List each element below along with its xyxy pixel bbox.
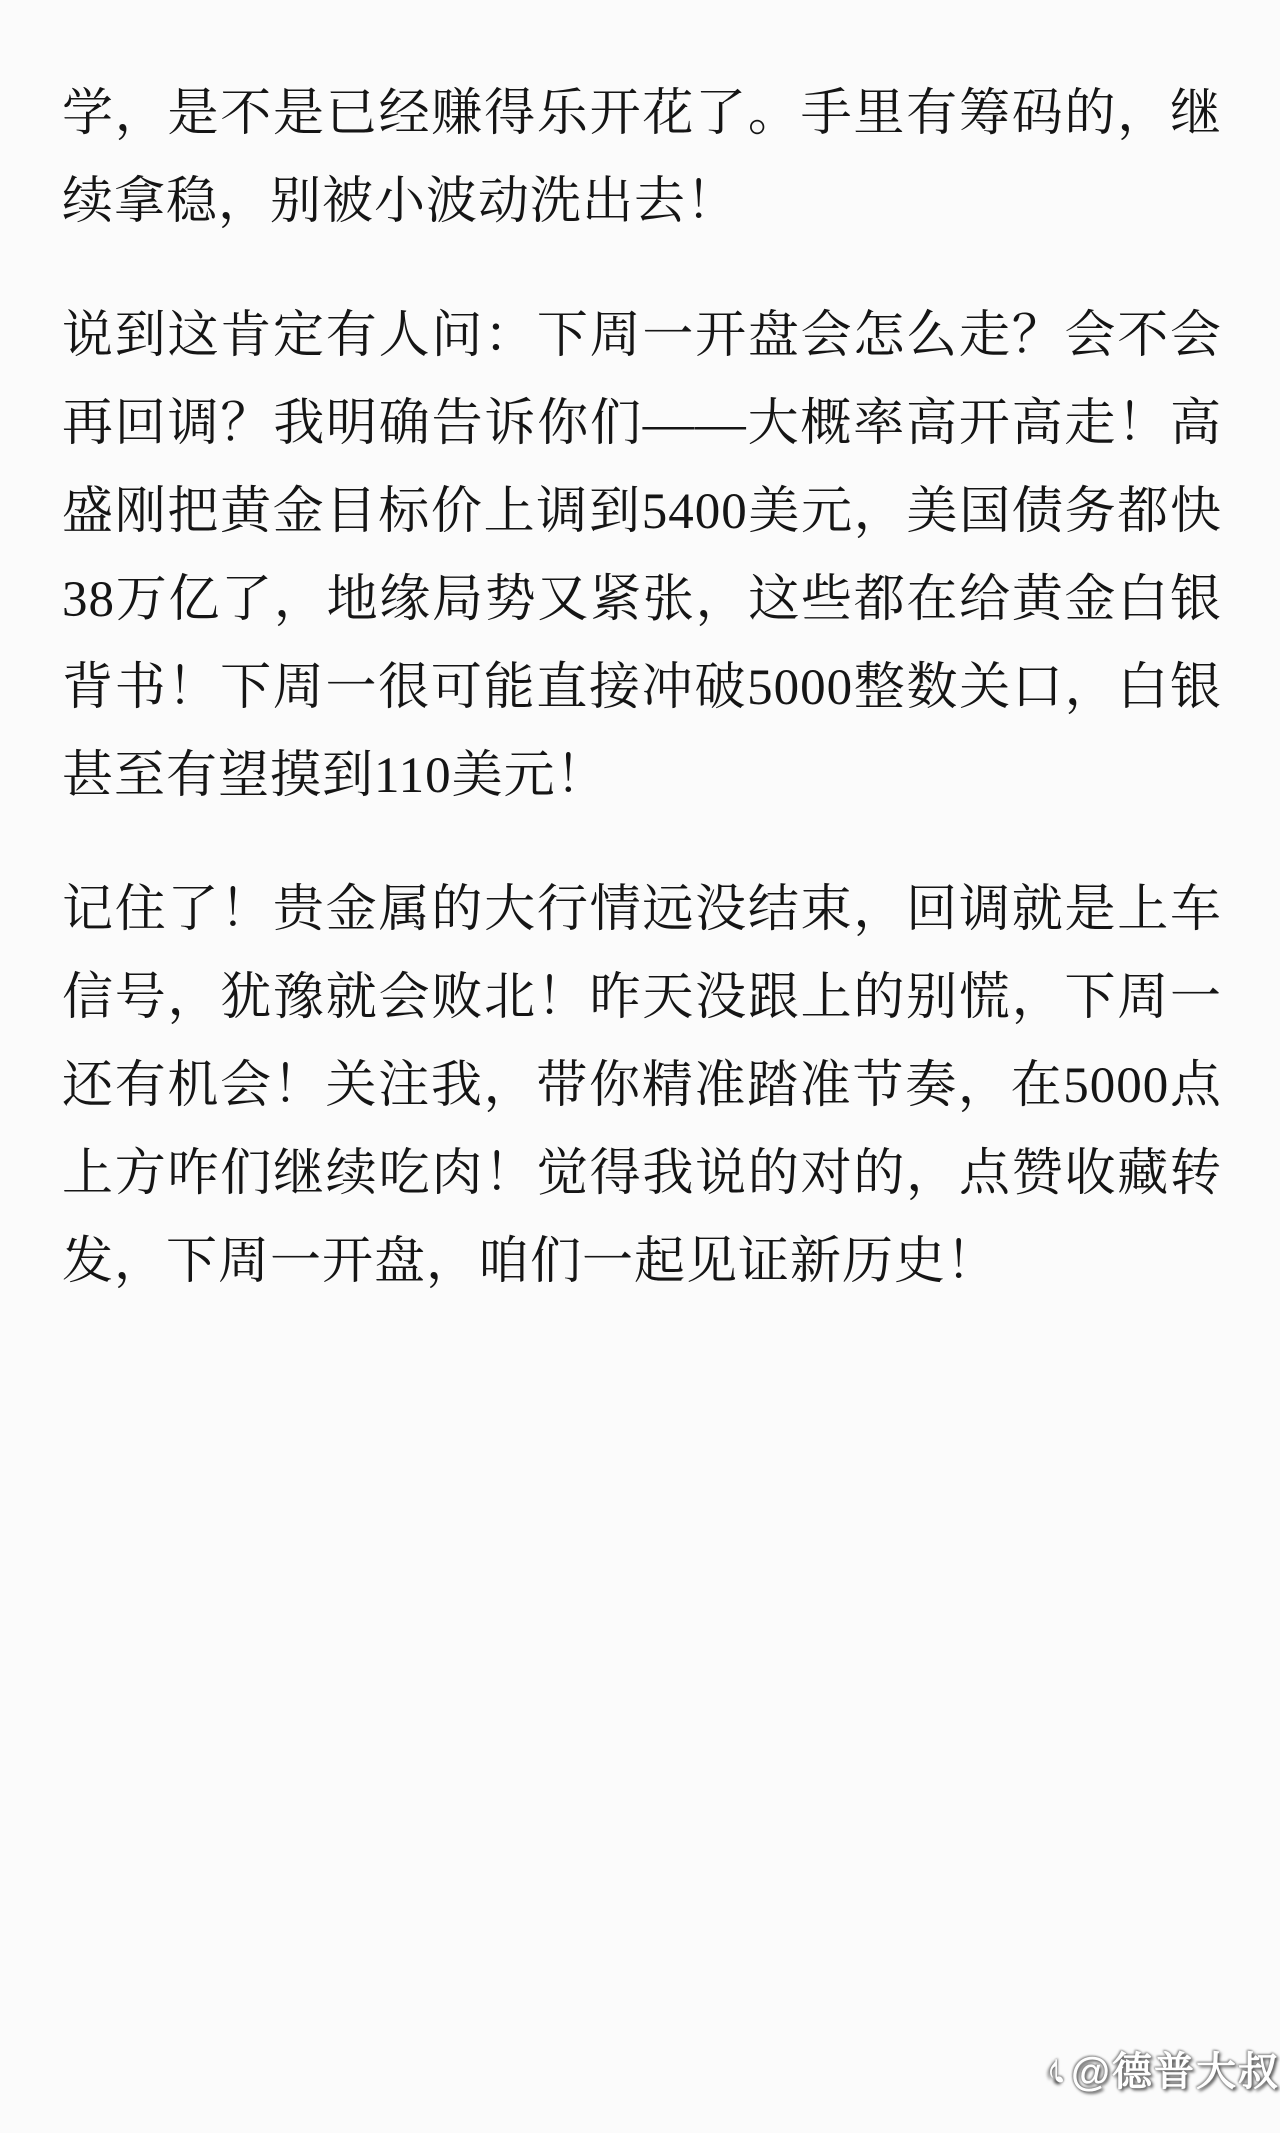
author-handle: @德普大叔 xyxy=(1071,2040,1280,2097)
author-watermark: ♪ @德普大叔 xyxy=(1046,2040,1280,2097)
article-paragraph: 学，是不是已经赚得乐开花了。手里有筹码的，继续拿稳，别被小波动洗出去！ xyxy=(62,70,1222,246)
douyin-note-icon: ♪ xyxy=(1046,2048,1067,2090)
article-page: 学，是不是已经赚得乐开花了。手里有筹码的，继续拿稳，别被小波动洗出去！ 说到这肯… xyxy=(0,0,1280,2133)
article-paragraph: 记住了！贵金属的大行情远没结束，回调就是上车信号，犹豫就会败北！昨天没跟上的别慌… xyxy=(62,866,1222,1306)
article-body: 学，是不是已经赚得乐开花了。手里有筹码的，继续拿稳，别被小波动洗出去！ 说到这肯… xyxy=(62,70,1222,1352)
article-paragraph: 说到这肯定有人问：下周一开盘会怎么走？会不会再回调？我明确告诉你们——大概率高开… xyxy=(62,292,1222,820)
